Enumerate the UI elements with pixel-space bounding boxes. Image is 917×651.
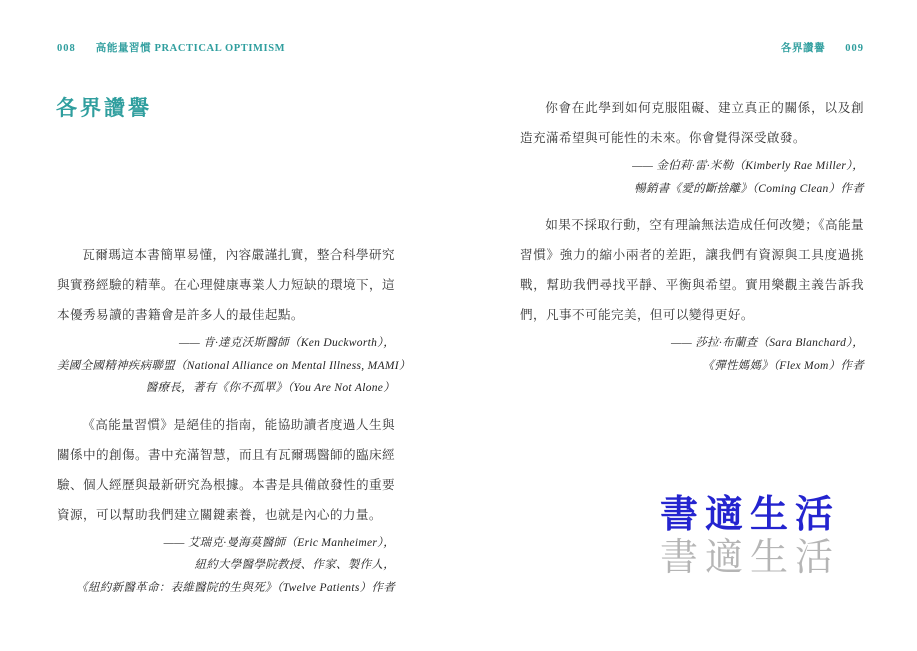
watermark-text: 書適生活 [660, 526, 840, 581]
attribution-line: —— 肯·達克沃斯醫師（Ken Duckworth）， [57, 332, 395, 355]
attribution-line: 紐約大學醫學院教授、作家、製作人， [57, 554, 395, 577]
review-attribution: —— 肯·達克沃斯醫師（Ken Duckworth）， 美國全國精神疾病聯盟（N… [57, 332, 395, 400]
attribution-line: 暢銷書《愛的斷捨離》（Coming Clean）作者 [520, 178, 864, 201]
left-page-column: 瓦爾瑪這本書簡單易懂，內容嚴謹扎實，整合科學研究與實務經驗的精華。在心理健康專業… [57, 240, 395, 609]
attribution-line: —— 金伯莉·雷·米勒（Kimberly Rae Miller）， [520, 155, 864, 178]
attribution-line: —— 艾瑞克·曼海莫醫師（Eric Manheimer）， [57, 532, 395, 555]
running-header-right: 各界讚譽009 [520, 40, 864, 55]
page-number-right: 009 [845, 43, 864, 54]
review-paragraph: 瓦爾瑪這本書簡單易懂，內容嚴謹扎實，整合科學研究與實務經驗的精華。在心理健康專業… [57, 240, 395, 330]
page-number-left: 008 [57, 43, 76, 54]
section-title: 各界讚譽 [56, 92, 152, 122]
attribution-line: 《紐約新醫革命：表維醫院的生與死》（Twelve Patients）作者 [57, 577, 395, 600]
review-paragraph: 《高能量習慣》是絕佳的指南，能協助讀者度過人生與關係中的創傷。書中充滿智慧，而且… [57, 410, 395, 530]
running-header-left: 008高能量習慣 PRACTICAL OPTIMISM [57, 40, 285, 55]
running-title-right: 各界讚譽 [781, 43, 825, 54]
running-title-left: 高能量習慣 PRACTICAL OPTIMISM [96, 43, 285, 54]
review-paragraph: 你會在此學到如何克服阻礙、建立真正的關係，以及創造充滿希望與可能性的未來。你會覺… [520, 93, 864, 153]
attribution-line: —— 莎拉·布蘭查（Sara Blanchard）， [520, 332, 864, 355]
review-attribution: —— 金伯莉·雷·米勒（Kimberly Rae Miller）， 暢銷書《愛的… [520, 155, 864, 200]
book-spread: 008高能量習慣 PRACTICAL OPTIMISM 各界讚譽009 各界讚譽… [0, 0, 917, 651]
attribution-line: 《彈性媽媽》（Flex Mom）作者 [520, 355, 864, 378]
right-page-column: 你會在此學到如何克服阻礙、建立真正的關係，以及創造充滿希望與可能性的未來。你會覺… [520, 93, 864, 387]
review-paragraph: 如果不採取行動，空有理論無法造成任何改變；《高能量習慣》強力的縮小兩者的差距，讓… [520, 210, 864, 330]
attribution-line: 美國全國精神疾病聯盟（National Alliance on Mental I… [57, 355, 395, 378]
review-attribution: —— 艾瑞克·曼海莫醫師（Eric Manheimer）， 紐約大學醫學院教授、… [57, 532, 395, 600]
review-attribution: —— 莎拉·布蘭查（Sara Blanchard）， 《彈性媽媽》（Flex M… [520, 332, 864, 377]
attribution-line: 醫療長，著有《你不孤單》（You Are Not Alone） [57, 377, 395, 400]
